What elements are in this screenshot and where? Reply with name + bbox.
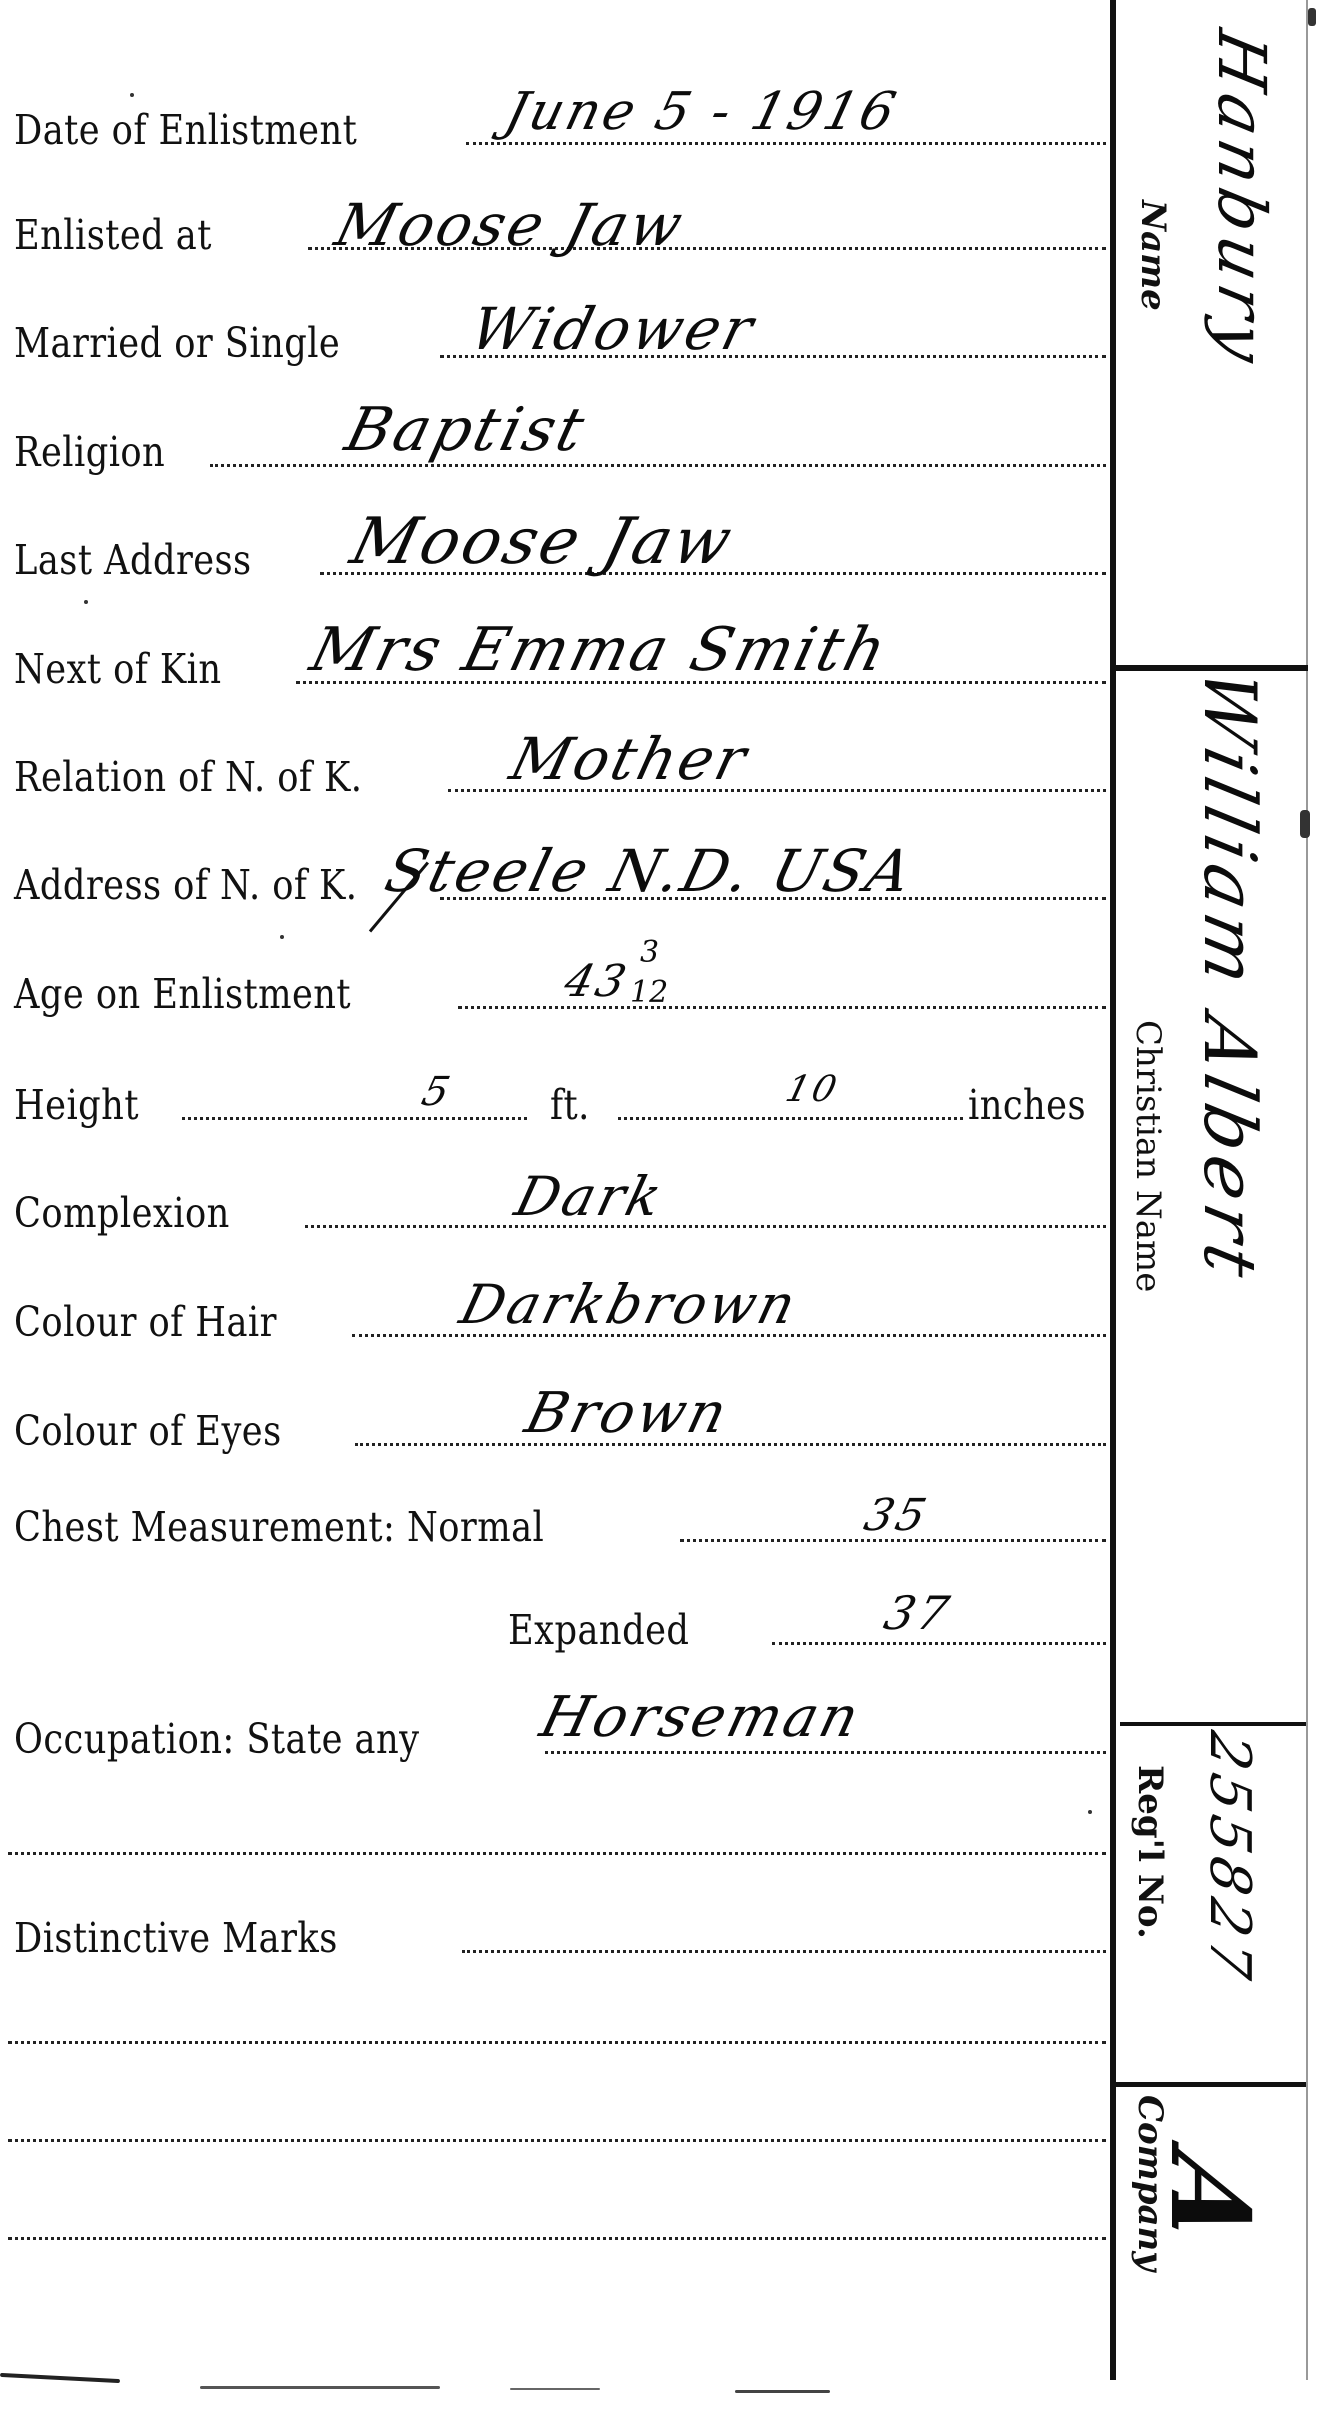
colour-of-hair-value: Darkbrown — [455, 1278, 803, 1332]
occupation-line — [545, 1751, 1106, 1754]
distinctive-marks-line-3 — [8, 2139, 1106, 2142]
religion-value: Baptist — [340, 400, 592, 460]
age-line — [458, 1006, 1106, 1009]
complexion-line — [305, 1225, 1106, 1228]
distinctive-marks-line-4 — [8, 2237, 1106, 2240]
scan-smudge — [510, 2388, 600, 2390]
last-address-value: Moose Jaw — [345, 510, 740, 574]
christian-name-value: William Albert — [1188, 662, 1272, 1290]
height-feet-value: 5 — [418, 1072, 456, 1112]
date-of-enlistment-label: Date of Enlistment — [14, 110, 357, 151]
distinctive-marks-line-2 — [8, 2041, 1106, 2044]
enlisted-at-value: Moose Jaw — [330, 196, 691, 254]
name-label: Name — [1133, 200, 1173, 311]
height-inches-unit: inches — [968, 1085, 1086, 1126]
scan-speck — [84, 600, 88, 604]
attestation-card: Date of Enlistment June 5 - 1916 Enliste… — [0, 0, 1322, 2427]
relation-nok-label: Relation of N. of K. — [14, 757, 362, 798]
last-address-label: Last Address — [14, 540, 252, 581]
age-value: 43 — [560, 960, 633, 1004]
scan-smudge — [735, 2390, 830, 2393]
religion-label: Religion — [14, 432, 165, 473]
date-of-enlistment-line — [466, 142, 1106, 145]
complexion-label: Complexion — [14, 1193, 230, 1234]
complexion-value: Dark — [510, 1170, 669, 1224]
height-inches-line — [618, 1117, 963, 1120]
regl-no-section-divider — [1116, 2082, 1306, 2087]
scan-smudge — [0, 2373, 120, 2383]
height-feet-unit: ft. — [550, 1085, 590, 1126]
colour-of-eyes-value: Brown — [520, 1386, 735, 1442]
chest-expanded-label: Expanded — [508, 1610, 689, 1651]
scan-speck — [1300, 810, 1310, 838]
scan-speck — [1088, 1810, 1092, 1814]
surname-value: Hanbury — [1203, 24, 1280, 375]
address-nok-value: Steele N.D. USA — [380, 842, 920, 900]
scan-speck — [1308, 8, 1316, 26]
next-of-kin-value: Mrs Emma Smith — [305, 620, 894, 680]
distinctive-marks-label: Distinctive Marks — [14, 1918, 338, 1959]
distinctive-marks-line — [462, 1950, 1106, 1953]
christian-name-section-divider — [1120, 1722, 1306, 1726]
date-of-enlistment-value: June 5 - 1916 — [500, 86, 903, 138]
colour-of-eyes-label: Colour of Eyes — [14, 1411, 282, 1452]
regl-no-value: 255827 — [1197, 1726, 1262, 1990]
height-inches-value: 10 — [782, 1072, 843, 1108]
address-nok-label: Address of N. of K. — [14, 865, 357, 906]
regl-no-label: Reg'l No. — [1130, 1765, 1170, 1939]
age-fraction-denominator: 12 — [630, 975, 668, 1010]
colour-of-hair-label: Colour of Hair — [14, 1302, 277, 1343]
occupation-continuation-line — [8, 1852, 1106, 1855]
chest-expanded-line — [772, 1642, 1106, 1645]
next-of-kin-label: Next of Kin — [14, 649, 222, 690]
relation-nok-value: Mother — [505, 730, 754, 788]
occupation-label: Occupation: State any — [14, 1719, 419, 1760]
chest-normal-value: 35 — [860, 1494, 933, 1538]
scan-speck — [130, 93, 134, 97]
colour-of-eyes-line — [355, 1443, 1106, 1446]
occupation-value: Horseman — [535, 1690, 867, 1746]
scan-speck — [280, 935, 284, 939]
scan-smudge — [200, 2386, 440, 2389]
married-or-single-value: Widower — [465, 300, 761, 358]
column-divider — [1110, 0, 1116, 2380]
height-feet-line — [182, 1117, 527, 1120]
married-or-single-label: Married or Single — [14, 323, 340, 364]
chest-normal-label: Chest Measurement: Normal — [14, 1507, 544, 1548]
height-label: Height — [14, 1085, 139, 1126]
age-label: Age on Enlistment — [14, 974, 351, 1015]
chest-expanded-value: 37 — [880, 1590, 956, 1636]
right-edge-line — [1306, 0, 1308, 2380]
age-fraction-numerator: 3 — [640, 935, 659, 970]
christian-name-label: Christian Name — [1128, 1020, 1168, 1292]
enlisted-at-label: Enlisted at — [14, 215, 212, 256]
